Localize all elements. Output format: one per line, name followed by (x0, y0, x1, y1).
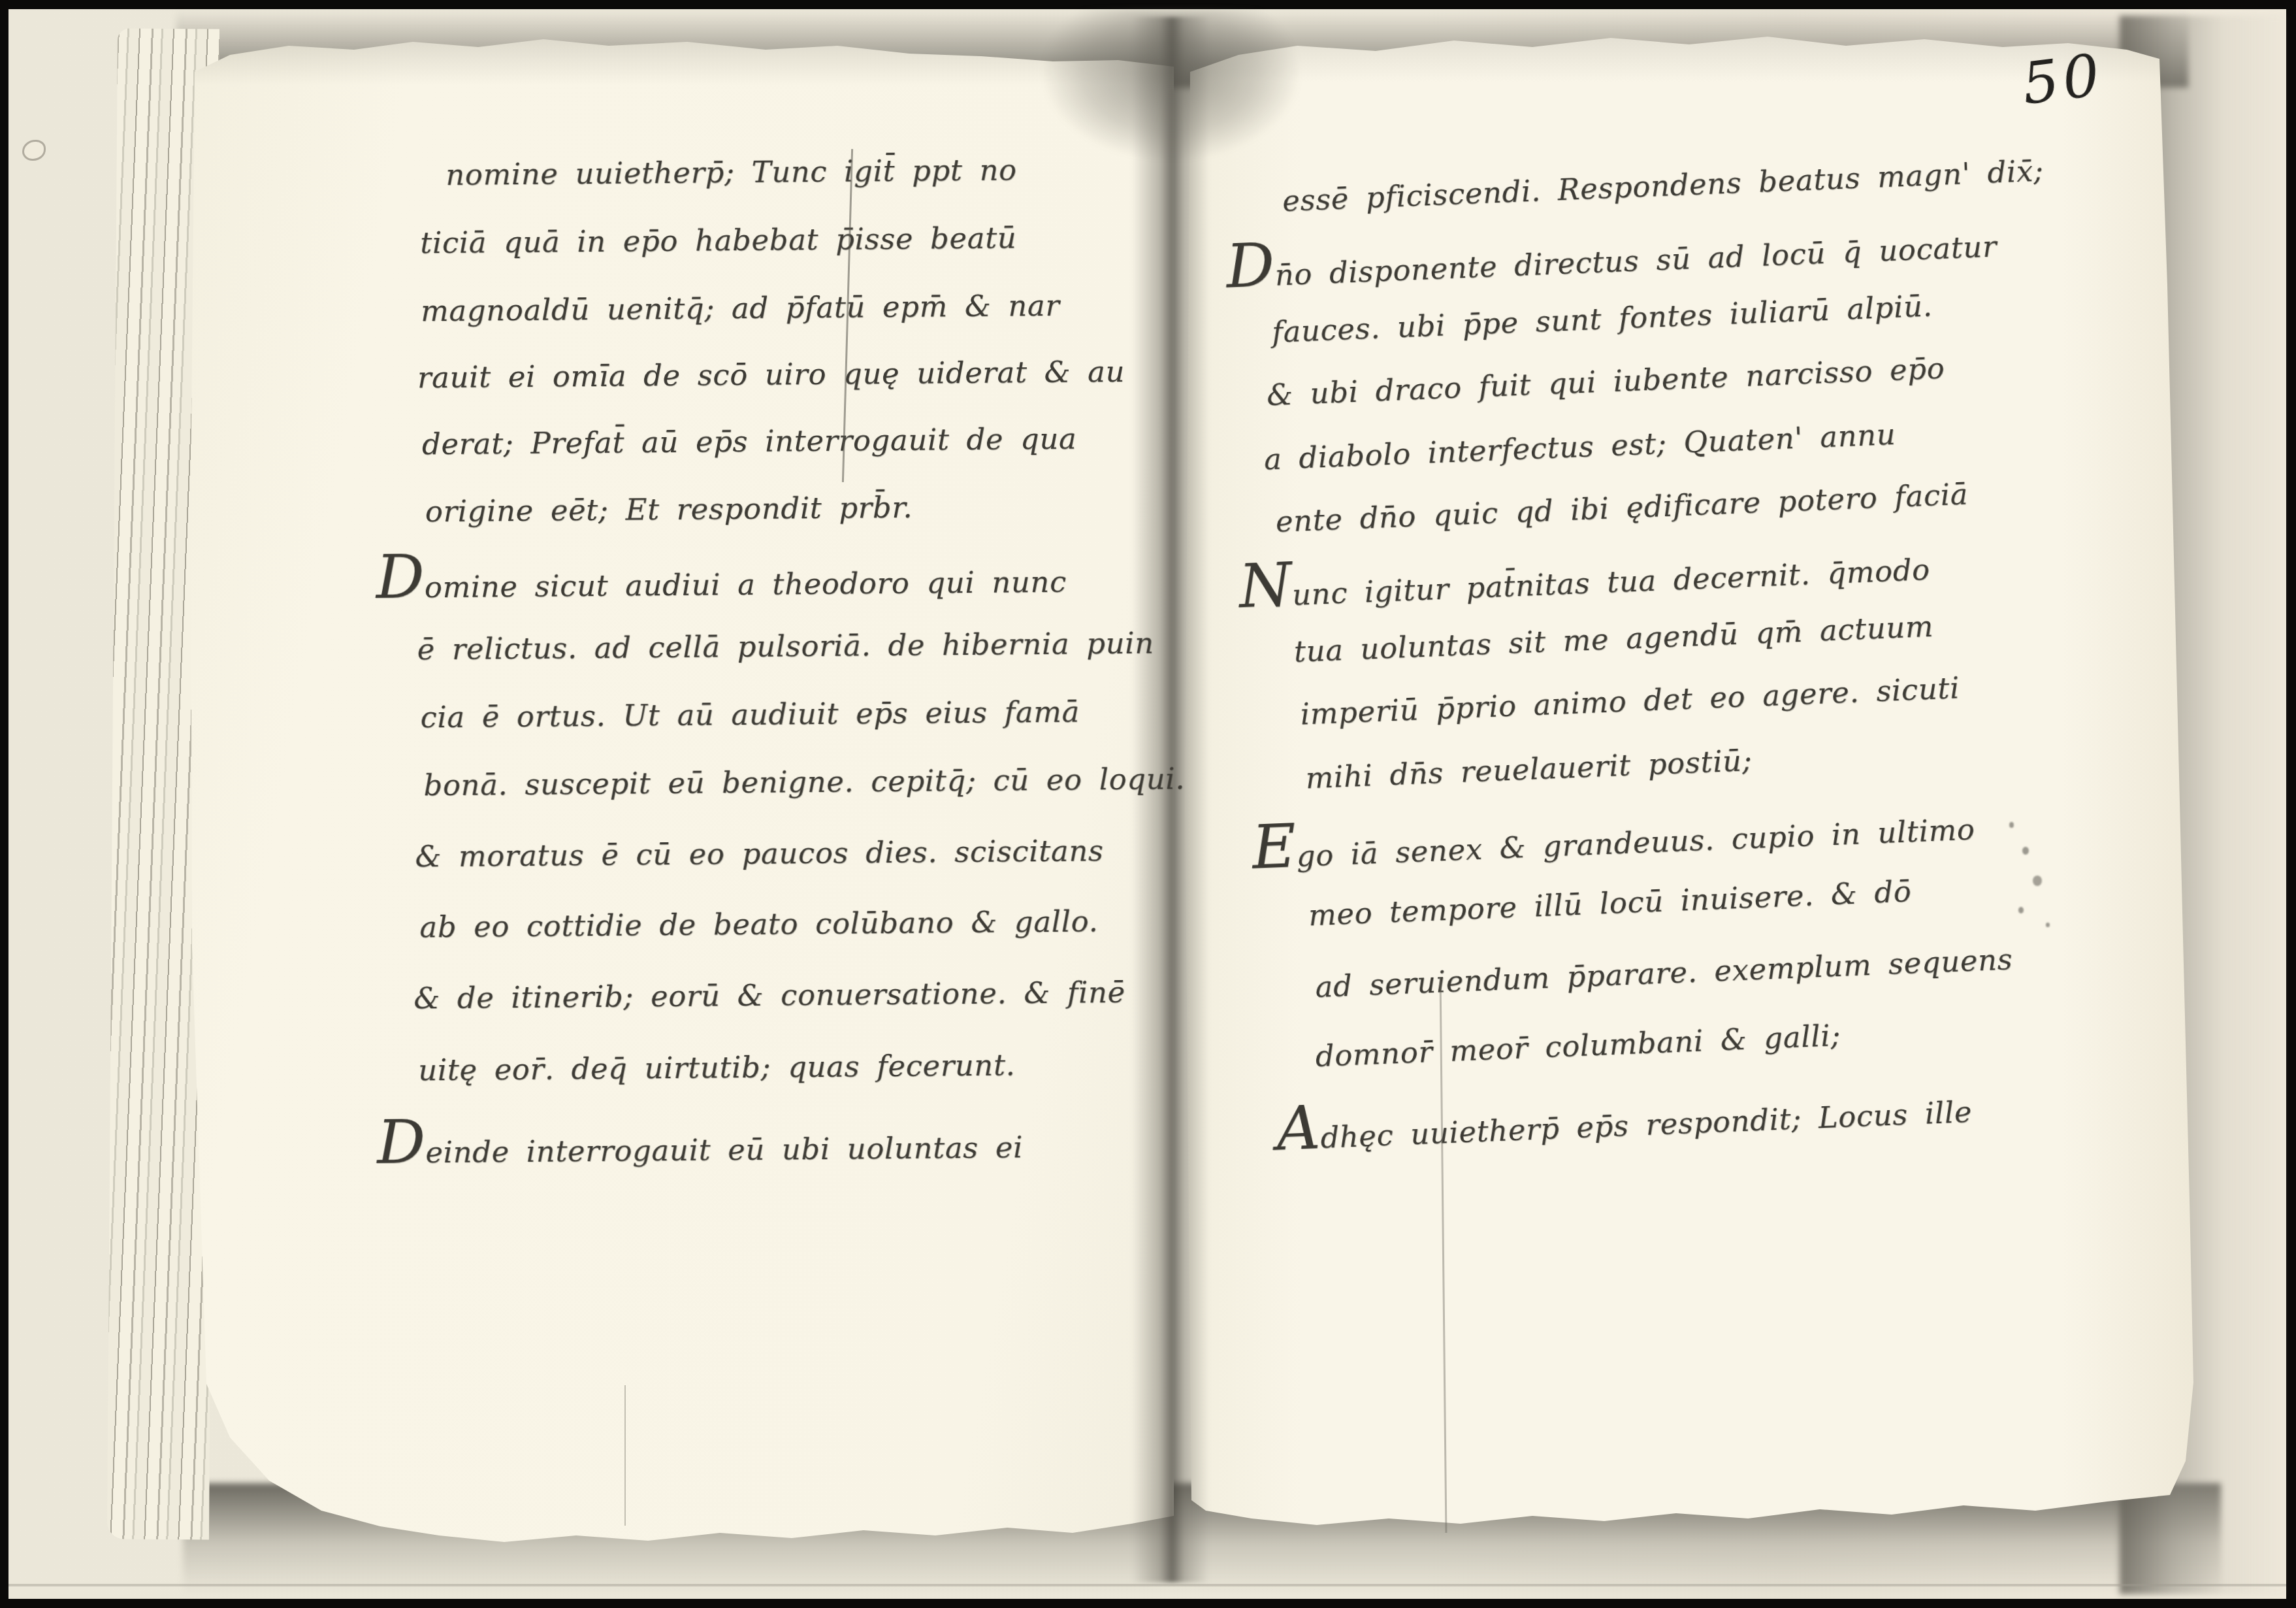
page-number: 50 (2019, 46, 2107, 113)
ink-smudge (2033, 876, 2042, 886)
scanner-edge-line (8, 1584, 2286, 1586)
ink-smudge (2018, 907, 2024, 913)
manuscript-line: Deinde interrogauit eū ubi uoluntas ei (377, 1121, 1023, 1171)
ink-smudge (2046, 923, 2050, 927)
manuscript-line: nomine uuietherp̄; Tunc igit̄ ppt no (445, 152, 1017, 193)
manuscript-line: Domine sicut audiui a theodoro qui nunc (376, 556, 1067, 606)
manuscript-scan: nomine uuietherp̄; Tunc igit̄ ppt no tic… (0, 0, 2296, 1608)
manuscript-line: ab eo cottidie de beato colūbano & gallo… (419, 904, 1099, 945)
gutter-top-shadow (1044, 9, 1299, 159)
manuscript-line: rauit ei omīa de scō uiro quę uiderat & … (417, 354, 1125, 395)
manuscript-line: uitę eor̄. deq̄ uirtutib; quas fecerunt. (418, 1047, 1016, 1088)
manuscript-line: bonā. suscepit eū benigne. cepitq̄; cū e… (423, 761, 1185, 803)
ink-smudge (2022, 847, 2029, 855)
manuscript-line: cia ē ortus. Ut aū audiuit ep̄s eius fam… (420, 695, 1080, 736)
manuscript-line: & moratus ē cū eo paucos dies. sciscitan… (415, 833, 1104, 874)
manuscript-line: magnoaldū uenitq̄; ad p̄fatū epm̄ & nar (421, 288, 1060, 329)
manuscript-line: origine eēt; Et respondit prb̄r. (425, 490, 913, 530)
manuscript-line: ticiā quā in ep̄o habebat p̄isse beatū (420, 220, 1017, 261)
manuscript-line: ē relictus. ad cellā pulsoriā. de hibern… (417, 626, 1154, 668)
ink-smudge (2009, 822, 2014, 828)
manuscript-line: derat; Prefat̄ aū ep̄s interrogauit de q… (422, 421, 1077, 463)
manuscript-line: & de itinerib; eorū & conuersatione. & f… (413, 975, 1125, 1017)
page-crease (624, 1385, 626, 1526)
gutter-shadow (1132, 17, 1209, 1583)
